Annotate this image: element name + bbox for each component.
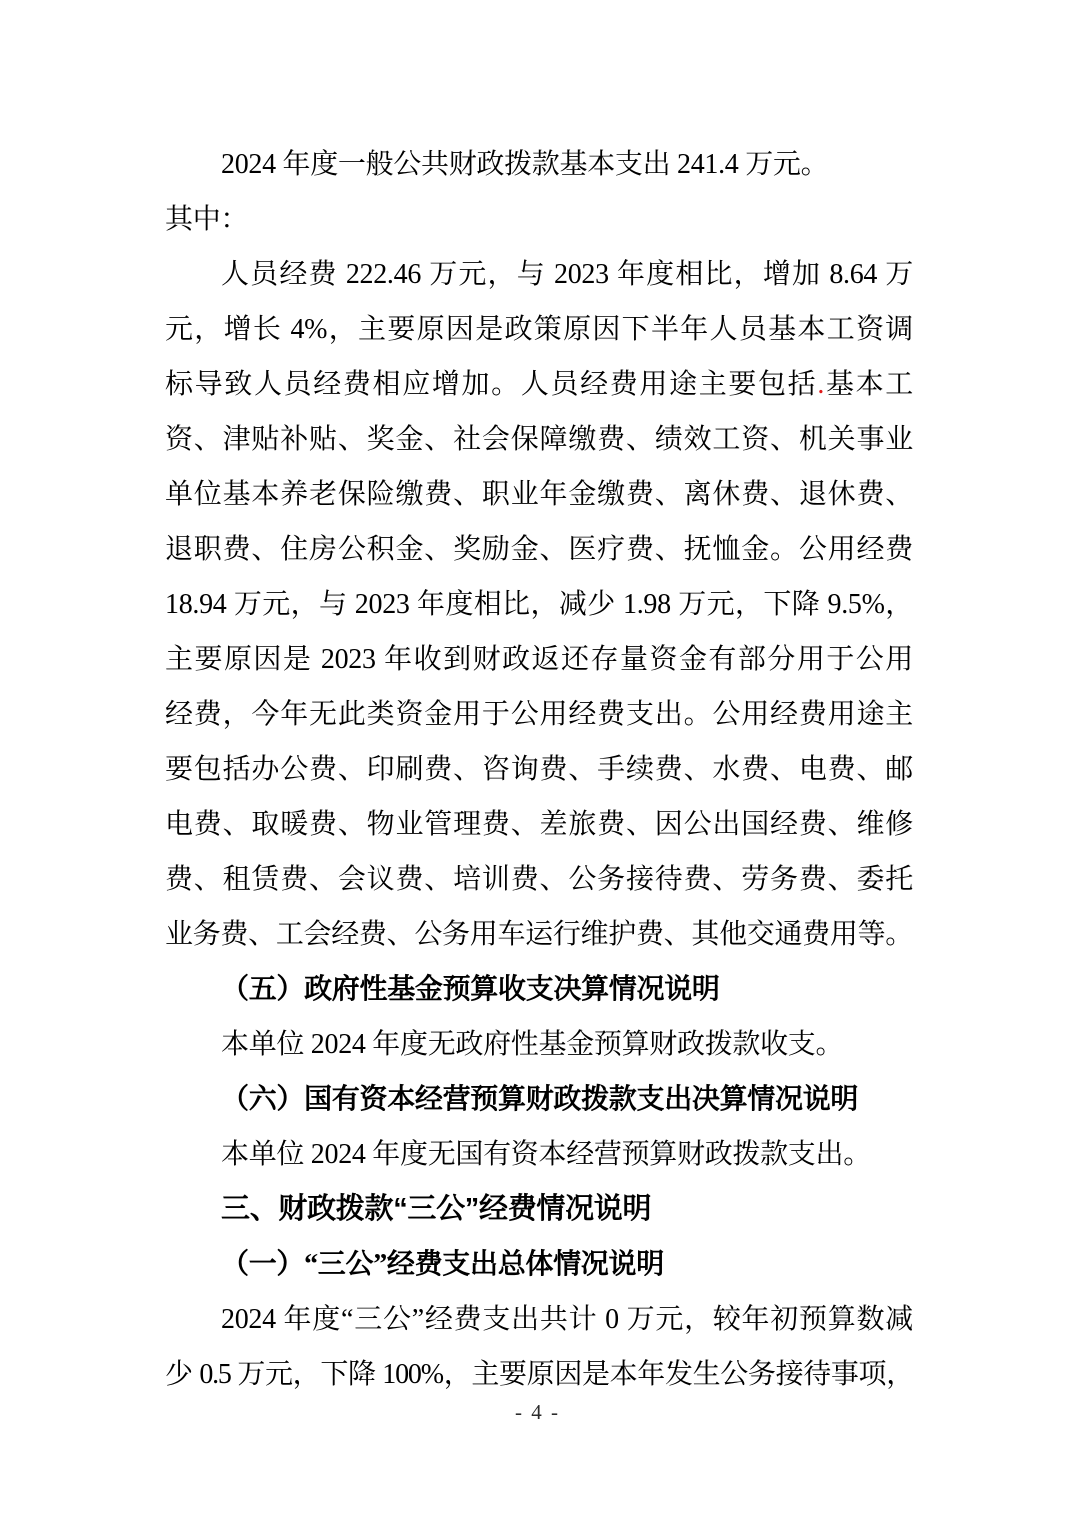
text-segment: 18.94 万元，与 2023 年度相比，减少 1.98 万元，下降 9.5%，: [165, 589, 913, 620]
body-text-line: 要包括办公费、印刷费、咨询费、手续费、水费、电费、邮: [165, 742, 913, 797]
body-text-line: 电费、取暖费、物业管理费、差旅费、因公出国经费、维修: [165, 797, 913, 852]
body-text-line: 人员经费 222.46 万元，与 2023 年度相比，增加 8.64 万: [165, 247, 913, 302]
body-text-line: 资、津贴补贴、奖金、社会保障缴费、绩效工资、机关事业: [165, 412, 913, 467]
page-number: - 4 -: [0, 1400, 1075, 1425]
body-text-line: 2024 年度一般公共财政拨款基本支出 241.4 万元。: [165, 137, 913, 192]
body-text-line: 业务费、工会经费、公务用车运行维护费、其他交通费用等。: [165, 907, 913, 962]
text-segment: 标导致人员经费相应增加。人员经费用途主要包括: [165, 369, 817, 400]
text-segment: 费、租赁费、会议费、培训费、公务接待费、劳务费、委托: [165, 864, 913, 895]
body-text-line: 少 0.5 万元，下降 100%，主要原因是本年发生公务接待事项，: [165, 1347, 913, 1402]
text-segment: 主要原因是 2023 年收到财政返还存量资金有部分用于公用: [165, 644, 913, 675]
text-segment: 要包括办公费、印刷费、咨询费、手续费、水费、电费、邮: [165, 754, 913, 785]
text-segment: 资、津贴补贴、奖金、社会保障缴费、绩效工资、机关事业: [165, 424, 913, 455]
text-segment: 其中：: [165, 204, 248, 235]
text-segment: 元，增长 4%，主要原因是政策原因下半年人员基本工资调: [165, 314, 913, 345]
text-segment: 经费，今年无此类资金用于公用经费支出。公用经费用途主: [165, 699, 913, 730]
section-heading: （五）政府性基金预算收支决算情况说明: [165, 962, 913, 1017]
text-segment: 2024 年度一般公共财政拨款基本支出 241.4 万元。: [221, 149, 828, 180]
body-text-line: 其中：: [165, 192, 913, 247]
text-segment: 少 0.5 万元，下降 100%，主要原因是本年发生公务接待事项，: [165, 1359, 913, 1390]
document-page: 2024 年度一般公共财政拨款基本支出 241.4 万元。其中：人员经费 222…: [0, 0, 1075, 1520]
text-segment: 业务费、工会经费、公务用车运行维护费、其他交通费用等。: [165, 919, 913, 950]
chapter-heading: 三、财政拨款“三公”经费情况说明: [165, 1182, 913, 1237]
section-heading: （六）国有资本经营预算财政拨款支出决算情况说明: [165, 1072, 913, 1127]
section-heading: （一）“三公”经费支出总体情况说明: [165, 1237, 913, 1292]
text-segment: 单位基本养老保险缴费、职业年金缴费、离休费、退休费、: [165, 479, 913, 510]
text-segment: 三、财政拨款“三公”经费情况说明: [221, 1193, 651, 1225]
text-segment: 人员经费 222.46 万元，与 2023 年度相比，增加 8.64 万: [221, 259, 913, 290]
document-body: 2024 年度一般公共财政拨款基本支出 241.4 万元。其中：人员经费 222…: [165, 137, 913, 1402]
text-segment: 基本工: [824, 369, 913, 400]
text-segment: 2024 年度“三公”经费支出共计 0 万元，较年初预算数减: [221, 1304, 913, 1335]
text-segment: （五）政府性基金预算收支决算情况说明: [221, 974, 720, 1005]
body-text-line: 主要原因是 2023 年收到财政返还存量资金有部分用于公用: [165, 632, 913, 687]
text-segment: 电费、取暖费、物业管理费、差旅费、因公出国经费、维修: [165, 809, 913, 840]
body-text-line: 单位基本养老保险缴费、职业年金缴费、离休费、退休费、: [165, 467, 913, 522]
body-text-line: 标导致人员经费相应增加。人员经费用途主要包括.基本工: [165, 357, 913, 412]
body-text-line: 元，增长 4%，主要原因是政策原因下半年人员基本工资调: [165, 302, 913, 357]
body-text-line: 本单位 2024 年度无政府性基金预算财政拨款收支。: [165, 1017, 913, 1072]
body-text-line: 本单位 2024 年度无国有资本经营预算财政拨款支出。: [165, 1127, 913, 1182]
text-segment: 退职费、住房公积金、奖励金、医疗费、抚恤金。公用经费: [165, 534, 913, 565]
body-text-line: 费、租赁费、会议费、培训费、公务接待费、劳务费、委托: [165, 852, 913, 907]
text-segment: 本单位 2024 年度无政府性基金预算财政拨款收支。: [221, 1029, 843, 1060]
body-text-line: 经费，今年无此类资金用于公用经费支出。公用经费用途主: [165, 687, 913, 742]
body-text-line: 退职费、住房公积金、奖励金、医疗费、抚恤金。公用经费: [165, 522, 913, 577]
body-text-line: 18.94 万元，与 2023 年度相比，减少 1.98 万元，下降 9.5%，: [165, 577, 913, 632]
text-segment: （一）“三公”经费支出总体情况说明: [221, 1249, 664, 1280]
text-segment: （六）国有资本经营预算财政拨款支出决算情况说明: [221, 1084, 858, 1115]
body-text-line: 2024 年度“三公”经费支出共计 0 万元，较年初预算数减: [165, 1292, 913, 1347]
text-segment: 本单位 2024 年度无国有资本经营预算财政拨款支出。: [221, 1139, 871, 1170]
